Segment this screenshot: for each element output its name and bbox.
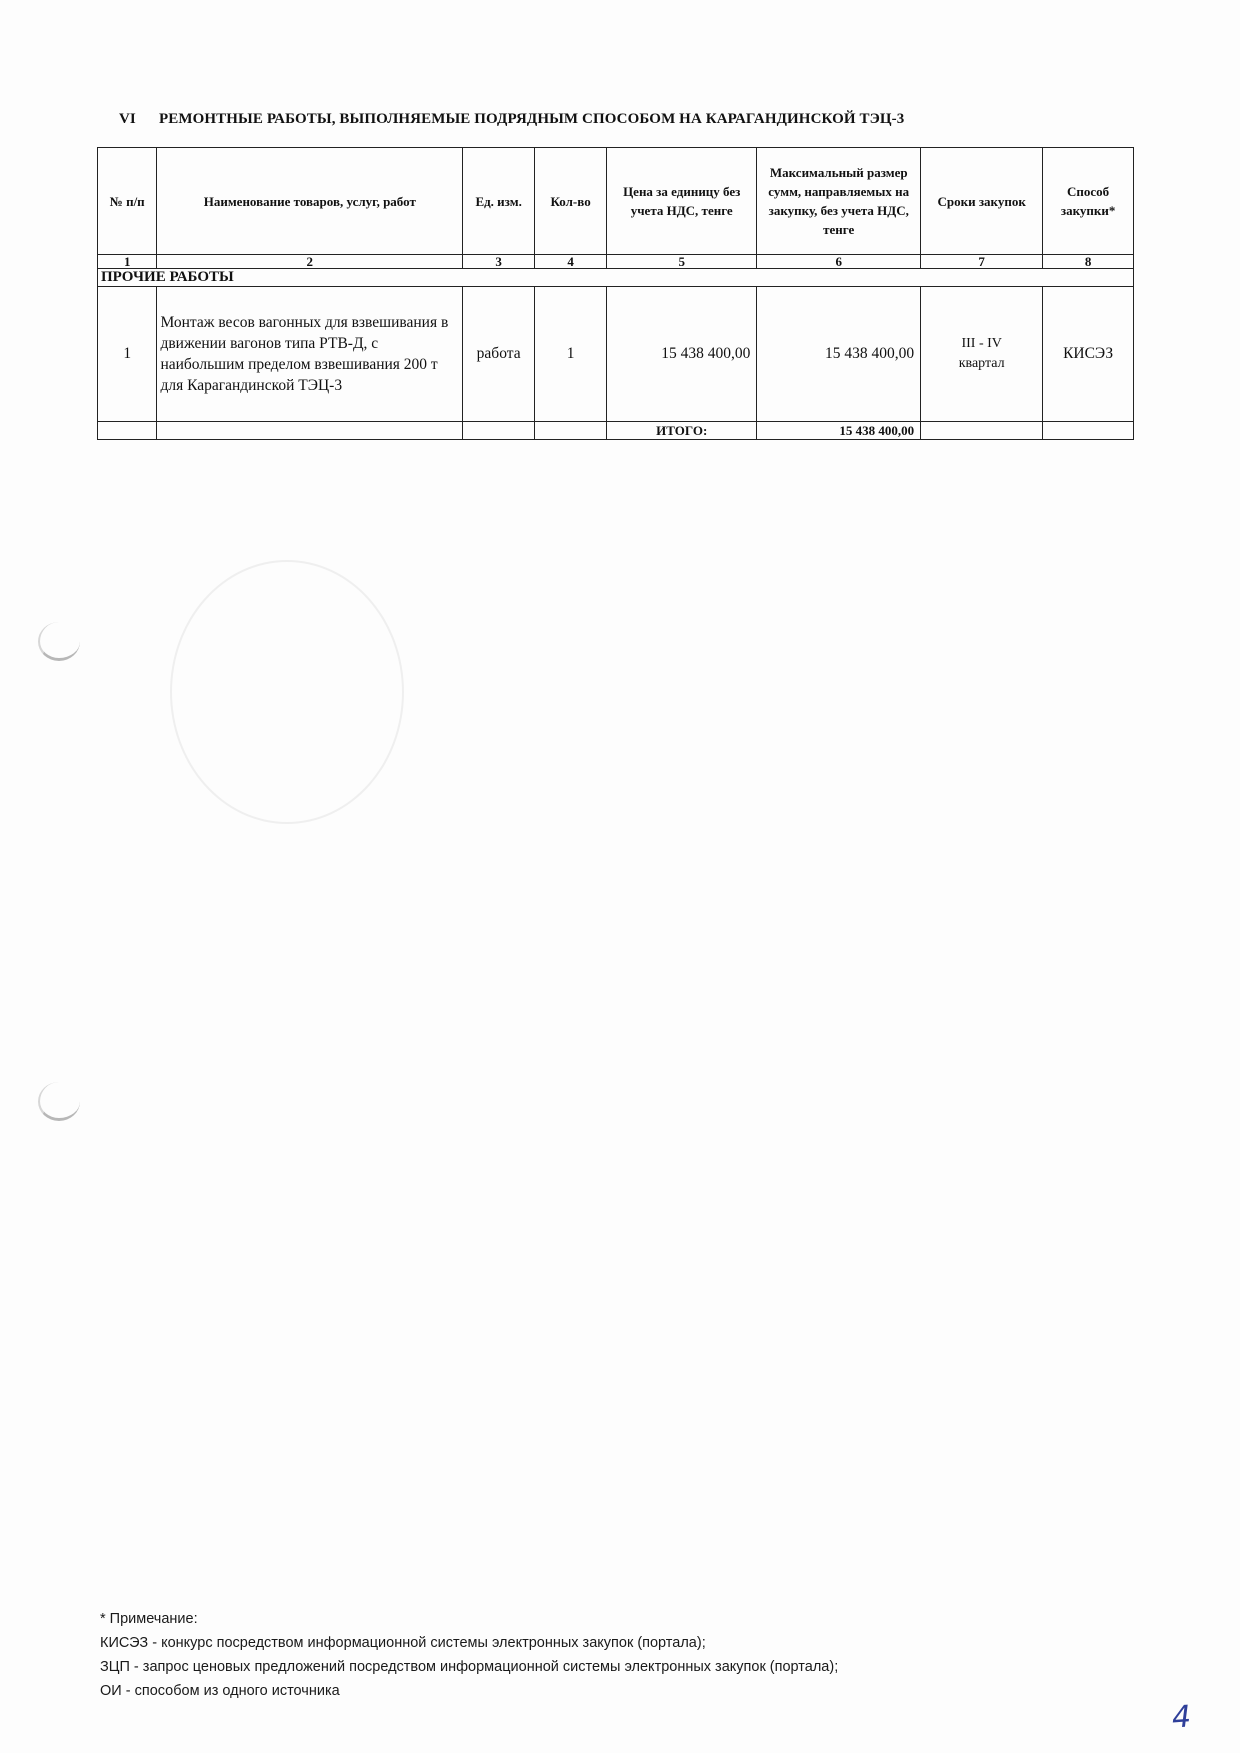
procurement-table: № п/п Наименование товаров, услуг, работ…: [97, 147, 1134, 440]
column-number: 2: [157, 255, 463, 269]
column-number: 5: [607, 255, 757, 269]
cell-name: Монтаж весов вагонных для взвешивания в …: [157, 287, 463, 422]
footnote-line: КИСЭЗ - конкурс посредством информационн…: [100, 1631, 838, 1655]
cell-max-amount: 15 438 400,00: [757, 287, 921, 422]
punch-hole-mark: [38, 622, 80, 661]
column-number: 7: [921, 255, 1043, 269]
punch-hole-mark: [38, 1082, 80, 1121]
faded-stamp-mark: [170, 560, 404, 824]
table-header-row: № п/п Наименование товаров, услуг, работ…: [98, 148, 1134, 255]
total-value: 15 438 400,00: [757, 422, 921, 440]
cell-no: 1: [98, 287, 157, 422]
section-heading: ПРОЧИЕ РАБОТЫ: [98, 269, 1134, 287]
section-row: ПРОЧИЕ РАБОТЫ: [98, 269, 1134, 287]
total-empty-cell: [921, 422, 1043, 440]
section-title-text: РЕМОНТНЫЕ РАБОТЫ, ВЫПОЛНЯЕМЫЕ ПОДРЯДНЫМ …: [159, 111, 904, 127]
total-row: ИТОГО: 15 438 400,00: [98, 422, 1134, 440]
header-unit-price: Цена за единицу без учета НДС, тенге: [607, 148, 757, 255]
column-number: 4: [535, 255, 607, 269]
column-number: 8: [1043, 255, 1134, 269]
cell-qty: 1: [535, 287, 607, 422]
header-no: № п/п: [98, 148, 157, 255]
total-empty-cell: [157, 422, 463, 440]
column-number: 1: [98, 255, 157, 269]
footnote-line: ОИ - способом из одного источника: [100, 1679, 838, 1703]
total-label: ИТОГО:: [607, 422, 757, 440]
cell-period: III - IV квартал: [921, 287, 1043, 422]
cell-unit-price: 15 438 400,00: [607, 287, 757, 422]
handwritten-page-number: 4: [1171, 1699, 1192, 1735]
period-line-1: III - IV: [923, 334, 1040, 354]
section-number: VI: [119, 111, 159, 128]
header-method: Способ закупки*: [1043, 148, 1134, 255]
header-name: Наименование товаров, услуг, работ: [157, 148, 463, 255]
footnote: * Примечание: КИСЭЗ - конкурс посредство…: [100, 1607, 838, 1703]
header-period: Сроки закупок: [921, 148, 1043, 255]
total-empty-cell: [463, 422, 535, 440]
period-line-2: квартал: [923, 354, 1040, 374]
column-number: 6: [757, 255, 921, 269]
section-title: VIРЕМОНТНЫЕ РАБОТЫ, ВЫПОЛНЯЕМЫЕ ПОДРЯДНЫ…: [119, 111, 904, 128]
cell-unit: работа: [463, 287, 535, 422]
header-qty: Кол-во: [535, 148, 607, 255]
footnote-title: * Примечание:: [100, 1607, 838, 1631]
column-numbers-row: 1 2 3 4 5 6 7 8: [98, 255, 1134, 269]
total-empty-cell: [98, 422, 157, 440]
header-max-amount: Максимальный размер сумм, направляемых н…: [757, 148, 921, 255]
cell-method: КИСЭЗ: [1043, 287, 1134, 422]
table-row: 1 Монтаж весов вагонных для взвешивания …: [98, 287, 1134, 422]
total-empty-cell: [535, 422, 607, 440]
total-empty-cell: [1043, 422, 1134, 440]
footnote-line: ЗЦП - запрос ценовых предложений посредс…: [100, 1655, 838, 1679]
header-unit: Ед. изм.: [463, 148, 535, 255]
column-number: 3: [463, 255, 535, 269]
